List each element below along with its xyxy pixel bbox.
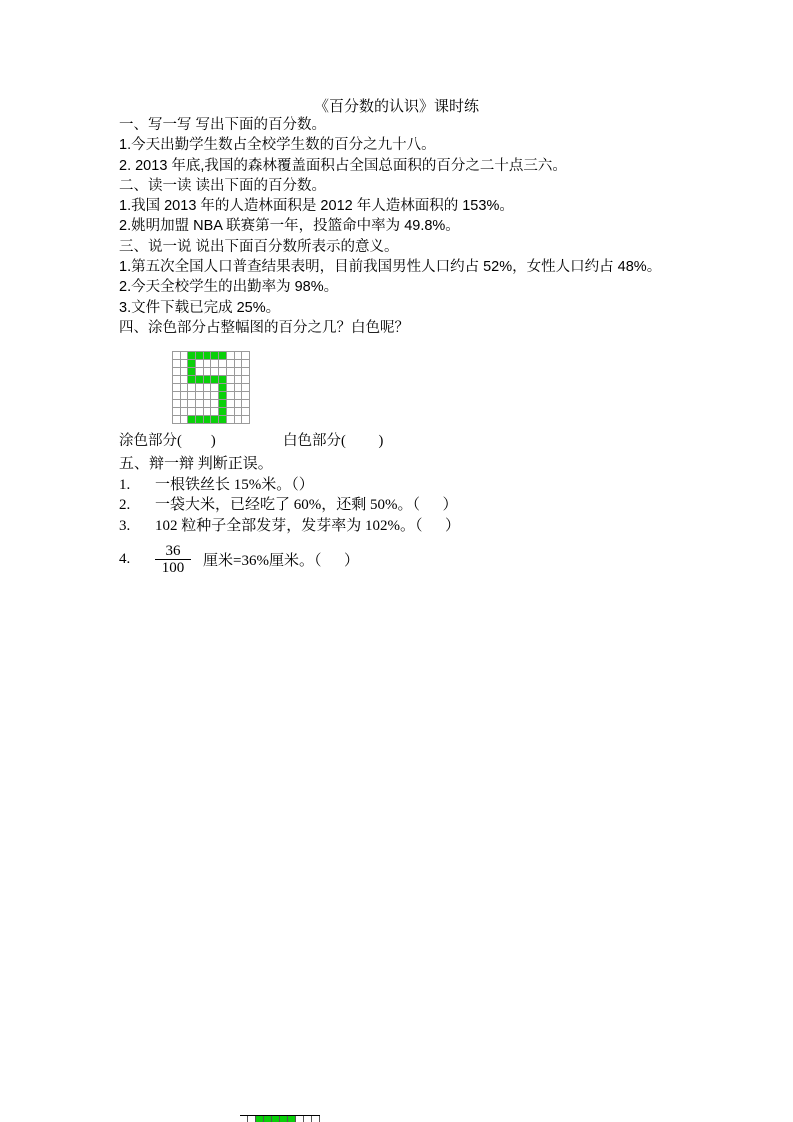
grid-cell — [248, 1116, 256, 1122]
grid-cell — [227, 408, 235, 416]
grid-cell — [242, 368, 250, 376]
grid-cell — [173, 416, 181, 424]
grid-cell — [235, 360, 243, 368]
white-part-blank: 白色部分( ) — [283, 431, 383, 451]
grid-cell — [242, 384, 250, 392]
grid-cell — [219, 400, 227, 408]
grid-cell — [204, 360, 212, 368]
grid-cell — [196, 360, 204, 368]
grid-cell — [181, 392, 189, 400]
grid-cell — [219, 376, 227, 384]
judge-item-with-fraction: 4. 36 100 厘米=36%厘米。（ ） — [119, 543, 765, 576]
grid-cell — [235, 416, 243, 424]
judge-item: 2. 一袋大米，已经吃了 60%，还剩 50%。（ ） — [119, 495, 765, 516]
worksheet-line: 2.姚明加盟 NBA 联赛第一年，投篮命中率为 49.8%。 — [119, 216, 765, 236]
grid-cell — [227, 400, 235, 408]
grid-cell — [242, 408, 250, 416]
item-number: 4. — [119, 551, 155, 568]
grid-cell — [196, 368, 204, 376]
grid-cell — [181, 416, 189, 424]
grid-cell — [227, 352, 235, 360]
section-four-header: 四、涂色部分占整幅图的百分之几？白色呢？ — [119, 318, 765, 338]
grid-cell — [173, 392, 181, 400]
grid-cell — [211, 384, 219, 392]
grid-cell — [188, 376, 196, 384]
grid-cell — [219, 392, 227, 400]
grid-cell — [240, 1116, 248, 1122]
grid-cell — [196, 392, 204, 400]
grid-cell — [242, 376, 250, 384]
grid-cell — [211, 376, 219, 384]
grid-cell — [181, 384, 189, 392]
grid-cell — [296, 1116, 304, 1122]
fraction-numerator: 36 — [155, 543, 191, 559]
grid-cell — [181, 376, 189, 384]
grid-cell — [312, 1116, 320, 1122]
grid-cell — [188, 392, 196, 400]
grid-cell — [173, 408, 181, 416]
grid-cell — [196, 400, 204, 408]
worksheet-line: 1.我国 2013 年的人造林面积是 2012 年人造林面积的 153%。 — [119, 196, 765, 216]
worksheet-line: 1.今天出勤学生数占全校学生数的百分之九十八。 — [119, 135, 765, 155]
worksheet-line: 1.第五次全国人口普查结果表明，目前我国男性人口约占 52%，女性人口约占 48… — [119, 257, 765, 277]
section-two-header: 二、读一读 读出下面的百分数。 — [119, 176, 765, 196]
grid-cell — [188, 400, 196, 408]
grid-cell — [211, 368, 219, 376]
grid-cell — [227, 360, 235, 368]
item-number: 3. — [119, 516, 155, 537]
grid-cell — [173, 400, 181, 408]
grid-cell — [235, 408, 243, 416]
grid-cell — [204, 376, 212, 384]
grid-cell — [235, 368, 243, 376]
worksheet-line: 2. 2013 年底,我国的森林覆盖面积占全国总面积的百分之二十点三六。 — [119, 156, 765, 176]
grid-cell — [219, 368, 227, 376]
grid-cell — [211, 416, 219, 424]
grid-cell — [227, 384, 235, 392]
colored-part-blank: 涂色部分( ) — [119, 431, 216, 451]
fraction-36-100: 36 100 — [155, 543, 191, 576]
item-text: 102 粒种子全部发芽，发芽率为 102%。（ ） — [155, 516, 460, 537]
grid-cell — [196, 376, 204, 384]
grid-cell — [211, 392, 219, 400]
grid-cell — [235, 376, 243, 384]
grid-cell — [211, 400, 219, 408]
item-number: 2. — [119, 495, 155, 516]
grid-cell — [242, 416, 250, 424]
grid-cell — [188, 384, 196, 392]
grid-cell — [288, 1116, 296, 1122]
grid-cell — [219, 408, 227, 416]
worksheet-line: 3.文件下载已完成 25%。 — [119, 298, 765, 318]
grid-cell — [235, 400, 243, 408]
grid-cell — [173, 384, 181, 392]
section-three-header: 三、说一说 说出下面百分数所表示的意义。 — [119, 237, 765, 257]
grid-cell — [242, 360, 250, 368]
grid-cell — [242, 392, 250, 400]
grid-cell — [188, 360, 196, 368]
grid-cell — [256, 1116, 264, 1122]
page-title: 《百分数的认识》课时练 — [0, 99, 793, 115]
grid-cell — [181, 400, 189, 408]
grid-cell — [227, 376, 235, 384]
section-five: 五、辩一辩 判断正误。 1. 一根铁丝长 15%米。（） 2. 一袋大米，已经吃… — [119, 454, 765, 576]
grid-cell — [181, 408, 189, 416]
grid-cell — [304, 1116, 312, 1122]
item-text: 厘米=36%厘米。（ ） — [203, 549, 359, 570]
grid-cell — [173, 368, 181, 376]
grid-cell — [242, 352, 250, 360]
fraction-denominator: 100 — [155, 559, 191, 576]
grid-cell — [188, 368, 196, 376]
grid-cell — [211, 408, 219, 416]
grid-cell — [173, 360, 181, 368]
grid-cell — [219, 384, 227, 392]
section-five-header: 五、辩一辩 判断正误。 — [119, 454, 765, 475]
grid-cell — [272, 1116, 280, 1122]
grid-cell — [219, 416, 227, 424]
grid-cell — [235, 352, 243, 360]
grid-cell — [235, 384, 243, 392]
grid-cell — [173, 352, 181, 360]
grid-cell — [219, 352, 227, 360]
grid-cell — [280, 1116, 288, 1122]
grid-cell — [227, 368, 235, 376]
grid-cell — [211, 360, 219, 368]
grid-cell — [204, 416, 212, 424]
section-one-header: 一、写一写 写出下面的百分数。 — [119, 115, 765, 135]
grid-cell — [188, 416, 196, 424]
worksheet-page: 《百分数的认识》课时练 一、写一写 写出下面的百分数。 1.今天出勤学生数占全校… — [0, 0, 793, 1122]
grid-cell — [188, 352, 196, 360]
worksheet-line: 2.今天全校学生的出勤率为 98%。 — [119, 277, 765, 297]
judge-item: 3. 102 粒种子全部发芽，发芽率为 102%。（ ） — [119, 516, 765, 537]
grid-cell — [204, 400, 212, 408]
grid-cell — [219, 360, 227, 368]
grid-cell — [196, 352, 204, 360]
judge-item: 1. 一根铁丝长 15%米。（） — [119, 475, 765, 496]
grid-cell — [211, 352, 219, 360]
grid-cell — [196, 416, 204, 424]
grid-cell — [204, 392, 212, 400]
grid-cell — [235, 392, 243, 400]
grid-cell — [173, 376, 181, 384]
grid-cell — [204, 408, 212, 416]
item-text: 一根铁丝长 15%米。（） — [155, 475, 314, 496]
item-number: 1. — [119, 475, 155, 496]
grid-cell — [188, 408, 196, 416]
worksheet-body: 一、写一写 写出下面的百分数。 1.今天出勤学生数占全校学生数的百分之九十八。 … — [119, 115, 765, 338]
grid-cell — [181, 360, 189, 368]
percent-grid-figure — [172, 351, 250, 424]
grid-cell — [181, 352, 189, 360]
grid-cell — [242, 400, 250, 408]
grid-cell — [227, 392, 235, 400]
grid-cell — [204, 352, 212, 360]
grid-cell — [204, 368, 212, 376]
grid-cell — [227, 416, 235, 424]
grid-cell — [181, 368, 189, 376]
grid-cell — [196, 408, 204, 416]
grid-cell — [204, 384, 212, 392]
clipped-grid-figure — [240, 1115, 320, 1122]
item-text: 一袋大米，已经吃了 60%，还剩 50%。（ ） — [155, 495, 458, 516]
grid-cell — [264, 1116, 272, 1122]
grid-cell — [196, 384, 204, 392]
